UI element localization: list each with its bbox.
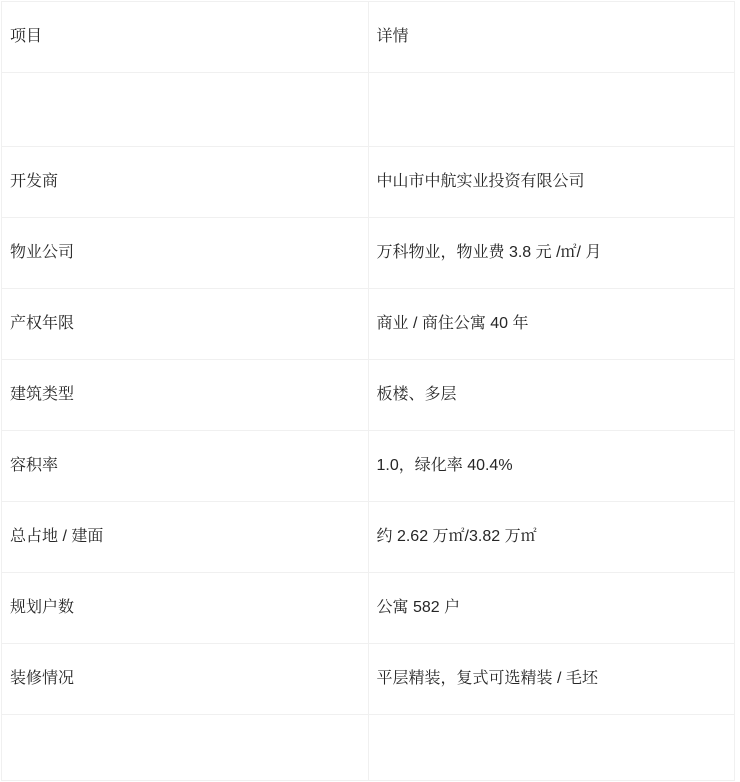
detail-cell: 平层精装，复式可选精装 / 毛坯 (368, 644, 735, 715)
item-cell: 物业公司 (2, 218, 369, 289)
table-row-ownership-term: 产权年限 商业 / 商住公寓 40 年 (2, 289, 735, 360)
detail-cell: 公寓 582 户 (368, 573, 735, 644)
detail-cell: 1.0，绿化率 40.4% (368, 431, 735, 502)
table-row-area: 总占地 / 建面 约 2.62 万㎡/3.82 万㎡ (2, 502, 735, 573)
item-cell: 开发商 (2, 147, 369, 218)
column-header-detail: 详情 (368, 2, 735, 73)
table-row-building-type: 建筑类型 板楼、多层 (2, 360, 735, 431)
property-details-table: 项目 详情 开发商 中山市中航实业投资有限公司 物业公司 万科物业，物业费 3.… (1, 1, 735, 781)
detail-cell (368, 73, 735, 147)
item-cell: 建筑类型 (2, 360, 369, 431)
column-header-item: 项目 (2, 2, 369, 73)
table-row-plot-ratio: 容积率 1.0，绿化率 40.4% (2, 431, 735, 502)
detail-cell: 中山市中航实业投资有限公司 (368, 147, 735, 218)
detail-cell: 商业 / 商住公寓 40 年 (368, 289, 735, 360)
detail-cell (368, 715, 735, 781)
item-cell: 规划户数 (2, 573, 369, 644)
detail-cell: 约 2.62 万㎡/3.82 万㎡ (368, 502, 735, 573)
table-row-spacer (2, 715, 735, 781)
item-cell: 容积率 (2, 431, 369, 502)
table-row-decoration: 装修情况 平层精装，复式可选精装 / 毛坯 (2, 644, 735, 715)
item-cell (2, 715, 369, 781)
table-header-row: 项目 详情 (2, 2, 735, 73)
item-cell (2, 73, 369, 147)
detail-cell: 万科物业，物业费 3.8 元 /㎡/ 月 (368, 218, 735, 289)
table-row-property-management: 物业公司 万科物业，物业费 3.8 元 /㎡/ 月 (2, 218, 735, 289)
table-row-planned-households: 规划户数 公寓 582 户 (2, 573, 735, 644)
detail-cell: 板楼、多层 (368, 360, 735, 431)
table-row-developer: 开发商 中山市中航实业投资有限公司 (2, 147, 735, 218)
table-row-spacer (2, 73, 735, 147)
page: 项目 详情 开发商 中山市中航实业投资有限公司 物业公司 万科物业，物业费 3.… (0, 0, 740, 782)
item-cell: 装修情况 (2, 644, 369, 715)
item-cell: 总占地 / 建面 (2, 502, 369, 573)
item-cell: 产权年限 (2, 289, 369, 360)
